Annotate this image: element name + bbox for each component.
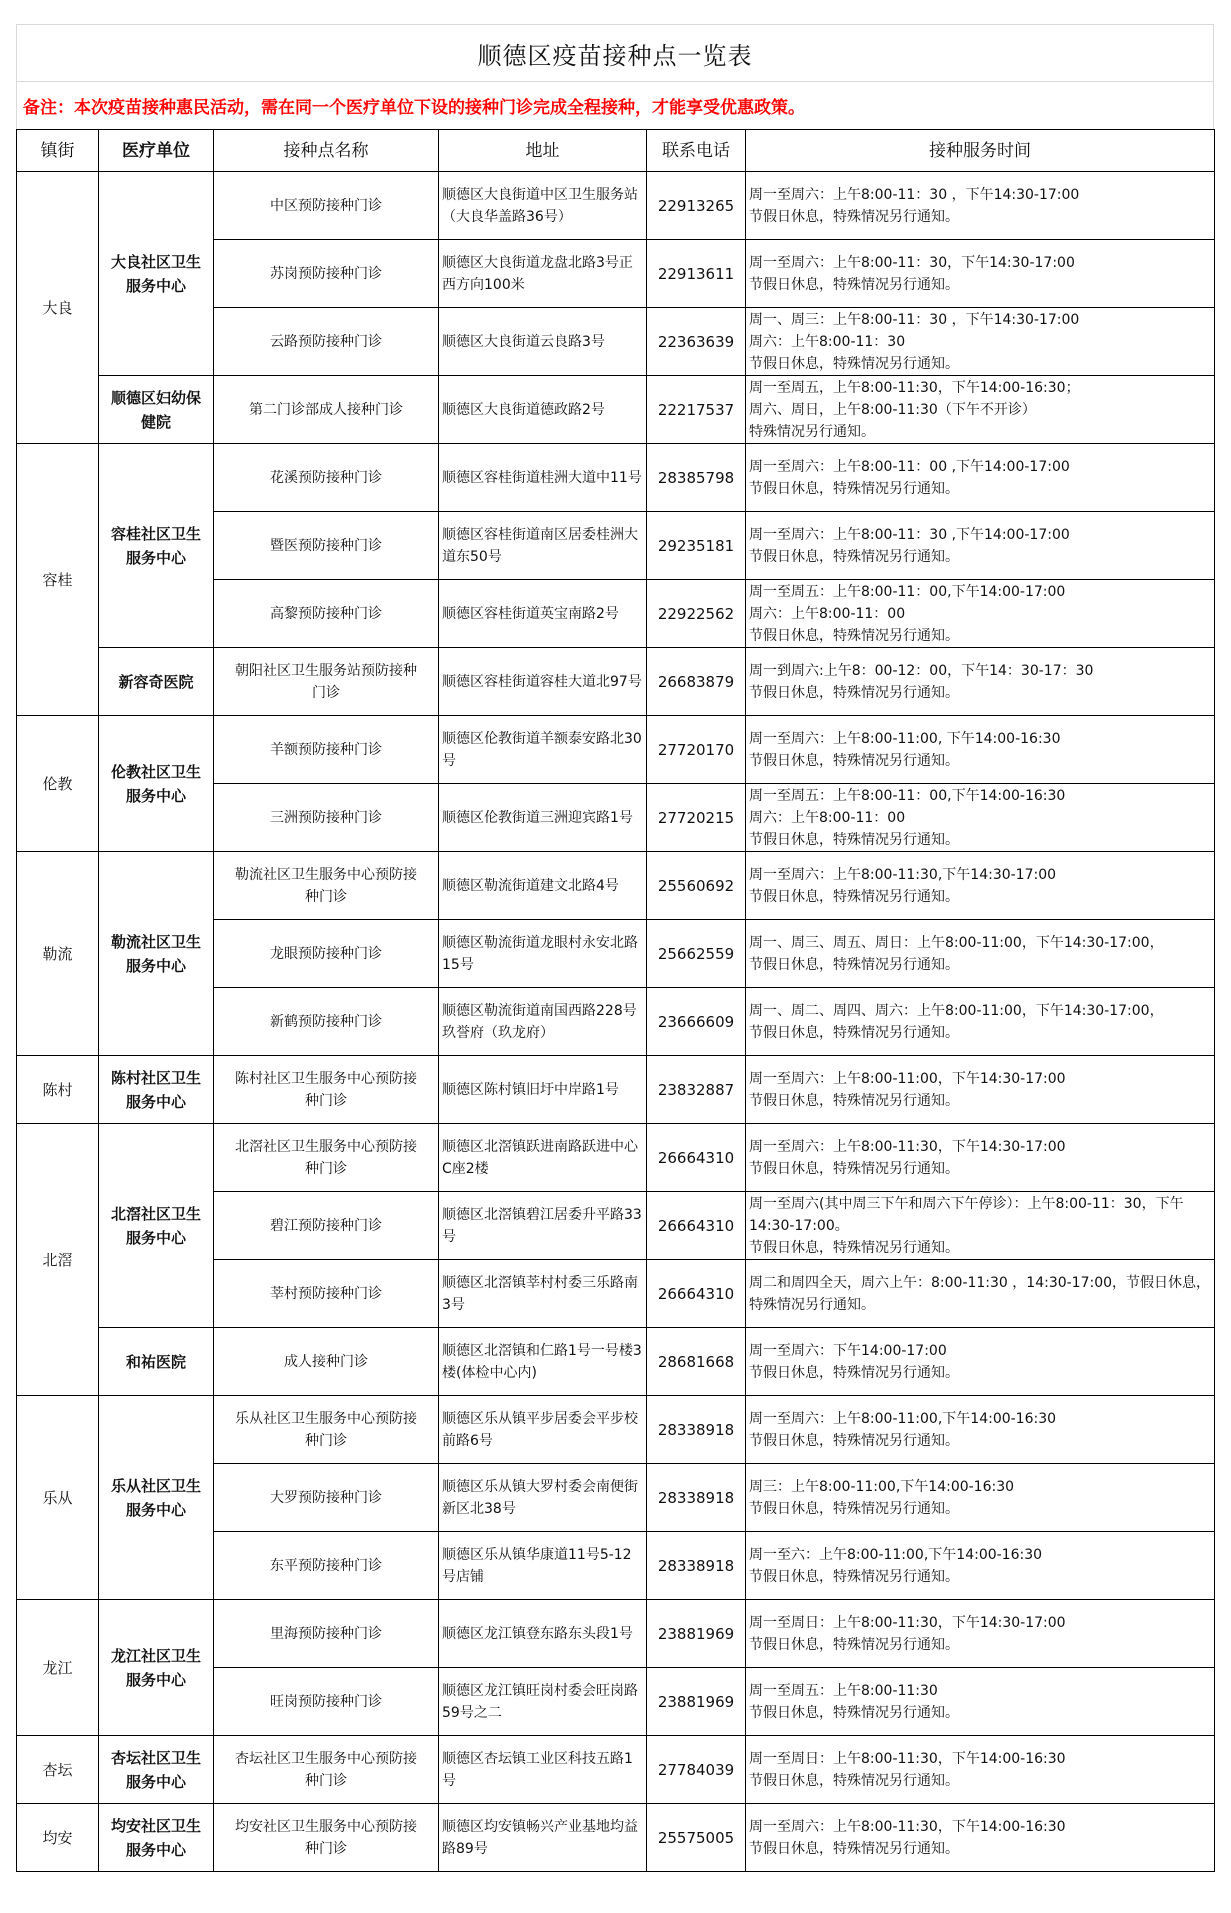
table-header-row: 镇街 医疗单位 接种点名称 地址 联系电话 接种服务时间	[17, 130, 1215, 172]
phone-cell: 27784039	[647, 1736, 746, 1804]
hours-cell: 周一至周六(其中周三下午和周六下午停诊）：上午8:00-11：30，下午14:3…	[746, 1192, 1215, 1260]
address-cell: 顺德区均安镇畅兴产业基地均益路89号	[439, 1804, 647, 1872]
address-cell: 顺德区大良街道德政路2号	[439, 376, 647, 444]
site-cell: 第二门诊部成人接种门诊	[214, 376, 439, 444]
site-cell: 花溪预防接种门诊	[214, 444, 439, 512]
hours-cell: 周一至周五：上午8:00-11：00,下午14:00-16:30 周六：上午8:…	[746, 784, 1215, 852]
phone-cell: 23881969	[647, 1600, 746, 1668]
table-row: 新容奇医院 朝阳社区卫生服务站预防接种门诊 顺德区容桂街道容桂大道北97号 26…	[17, 648, 1215, 716]
town-cell: 勒流	[17, 852, 99, 1056]
table-row: 杏坛 杏坛社区卫生服务中心 杏坛社区卫生服务中心预防接种门诊 顺德区杏坛镇工业区…	[17, 1736, 1215, 1804]
address-cell: 顺德区北滘镇莘村村委三乐路南3号	[439, 1260, 647, 1328]
phone-cell: 22913611	[647, 240, 746, 308]
address-cell: 顺德区勒流街道龙眼村永安北路15号	[439, 920, 647, 988]
address-cell: 顺德区勒流街道建文北路4号	[439, 852, 647, 920]
address-cell: 顺德区北滘镇跃进南路跃进中心C座2楼	[439, 1124, 647, 1192]
hours-cell: 周一至周六：上午8:00-11：00 ,下午14:00-17:00 节假日休息，…	[746, 444, 1215, 512]
table-row: 陈村 陈村社区卫生服务中心 陈村社区卫生服务中心预防接种门诊 顺德区陈村镇旧圩中…	[17, 1056, 1215, 1124]
hours-cell: 周一至周六：上午8:00-11:00, 下午14:00-16:30 节假日休息，…	[746, 716, 1215, 784]
site-cell: 大罗预防接种门诊	[214, 1464, 439, 1532]
phone-cell: 28338918	[647, 1396, 746, 1464]
hours-cell: 周一至周五：上午8:00-11：00,下午14:00-17:00 周六：上午8:…	[746, 580, 1215, 648]
table-row: 容桂 容桂社区卫生服务中心 花溪预防接种门诊 顺德区容桂街道桂洲大道中11号 2…	[17, 444, 1215, 512]
town-cell: 容桂	[17, 444, 99, 716]
hours-cell: 周一至周六：上午8:00-11：30，下午14:30-17:00 节假日休息，特…	[746, 240, 1215, 308]
phone-cell: 29235181	[647, 512, 746, 580]
phone-cell: 27720170	[647, 716, 746, 784]
hours-cell: 周一至周五：上午8:00-11:30 节假日休息，特殊情况另行通知。	[746, 1668, 1215, 1736]
unit-cell: 和祐医院	[99, 1328, 214, 1396]
address-cell: 顺德区龙江镇旺岗村委会旺岗路59号之二	[439, 1668, 647, 1736]
phone-cell: 28385798	[647, 444, 746, 512]
hours-cell: 周一至周六：上午8:00-11：30 ，下午14:30-17:00 节假日休息，…	[746, 172, 1215, 240]
phone-cell: 22363639	[647, 308, 746, 376]
address-cell: 顺德区伦教街道三洲迎宾路1号	[439, 784, 647, 852]
phone-cell: 22913265	[647, 172, 746, 240]
phone-cell: 26664310	[647, 1124, 746, 1192]
unit-cell: 新容奇医院	[99, 648, 214, 716]
note-banner: 备注：本次疫苗接种惠民活动，需在同一个医疗单位下设的接种门诊完成全程接种，才能享…	[16, 81, 1214, 129]
site-cell: 北滘社区卫生服务中心预防接种门诊	[214, 1124, 439, 1192]
table-row: 均安 均安社区卫生服务中心 均安社区卫生服务中心预防接种门诊 顺德区均安镇畅兴产…	[17, 1804, 1215, 1872]
site-cell: 新鹤预防接种门诊	[214, 988, 439, 1056]
hours-cell: 周一到周六:上午8：00-12：00，下午14：30-17：30 节假日休息，特…	[746, 648, 1215, 716]
phone-cell: 22922562	[647, 580, 746, 648]
table-row: 和祐医院 成人接种门诊 顺德区北滘镇和仁路1号一号楼3楼(体检中心内) 2868…	[17, 1328, 1215, 1396]
site-cell: 均安社区卫生服务中心预防接种门诊	[214, 1804, 439, 1872]
unit-cell: 乐从社区卫生服务中心	[99, 1396, 214, 1600]
town-cell: 杏坛	[17, 1736, 99, 1804]
town-cell: 乐从	[17, 1396, 99, 1600]
town-cell: 伦教	[17, 716, 99, 852]
vaccination-sites-table: 镇街 医疗单位 接种点名称 地址 联系电话 接种服务时间 大良 大良社区卫生服务…	[16, 129, 1215, 1872]
site-cell: 莘村预防接种门诊	[214, 1260, 439, 1328]
site-cell: 杏坛社区卫生服务中心预防接种门诊	[214, 1736, 439, 1804]
phone-cell: 23881969	[647, 1668, 746, 1736]
phone-cell: 23666609	[647, 988, 746, 1056]
town-cell: 北滘	[17, 1124, 99, 1396]
table-row: 北滘 北滘社区卫生服务中心 北滘社区卫生服务中心预防接种门诊 顺德区北滘镇跃进南…	[17, 1124, 1215, 1192]
unit-cell: 勒流社区卫生服务中心	[99, 852, 214, 1056]
unit-cell: 杏坛社区卫生服务中心	[99, 1736, 214, 1804]
site-cell: 云路预防接种门诊	[214, 308, 439, 376]
table-row: 顺德区妇幼保健院 第二门诊部成人接种门诊 顺德区大良街道德政路2号 222175…	[17, 376, 1215, 444]
address-cell: 顺德区陈村镇旧圩中岸路1号	[439, 1056, 647, 1124]
hours-cell: 周一至周六：上午8:00-11:00，下午14:30-17:00 节假日休息，特…	[746, 1056, 1215, 1124]
hours-cell: 周一至周六：上午8:00-11:30,下午14:30-17:00 节假日休息，特…	[746, 852, 1215, 920]
header-hours: 接种服务时间	[746, 130, 1215, 172]
town-cell: 均安	[17, 1804, 99, 1872]
header-phone: 联系电话	[647, 130, 746, 172]
site-cell: 碧江预防接种门诊	[214, 1192, 439, 1260]
hours-cell: 周三：上午8:00-11:00,下午14:00-16:30 节假日休息，特殊情况…	[746, 1464, 1215, 1532]
phone-cell: 25575005	[647, 1804, 746, 1872]
phone-cell: 25662559	[647, 920, 746, 988]
header-address: 地址	[439, 130, 647, 172]
site-cell: 苏岗预防接种门诊	[214, 240, 439, 308]
address-cell: 顺德区北滘镇和仁路1号一号楼3楼(体检中心内)	[439, 1328, 647, 1396]
phone-cell: 23832887	[647, 1056, 746, 1124]
address-cell: 顺德区乐从镇大罗村委会南便街新区北38号	[439, 1464, 647, 1532]
address-cell: 顺德区伦教街道羊额泰安路北30号	[439, 716, 647, 784]
table-row: 伦教 伦教社区卫生服务中心 羊额预防接种门诊 顺德区伦教街道羊额泰安路北30号 …	[17, 716, 1215, 784]
address-cell: 顺德区容桂街道英宝南路2号	[439, 580, 647, 648]
site-cell: 里海预防接种门诊	[214, 1600, 439, 1668]
phone-cell: 28681668	[647, 1328, 746, 1396]
unit-cell: 顺德区妇幼保健院	[99, 376, 214, 444]
hours-cell: 周一至周六：上午8:00-11:30，下午14:00-16:30 节假日休息，特…	[746, 1804, 1215, 1872]
address-cell: 顺德区勒流街道南国西路228号玖誉府（玖龙府）	[439, 988, 647, 1056]
address-cell: 顺德区大良街道龙盘北路3号正西方向100米	[439, 240, 647, 308]
address-cell: 顺德区容桂街道南区居委桂洲大道东50号	[439, 512, 647, 580]
unit-cell: 大良社区卫生服务中心	[99, 172, 214, 376]
site-cell: 旺岗预防接种门诊	[214, 1668, 439, 1736]
address-cell: 顺德区容桂街道容桂大道北97号	[439, 648, 647, 716]
phone-cell: 22217537	[647, 376, 746, 444]
hours-cell: 周一至周五，上午8:00-11:30，下午14:00-16:30； 周六、周日，…	[746, 376, 1215, 444]
header-unit: 医疗单位	[99, 130, 214, 172]
header-site: 接种点名称	[214, 130, 439, 172]
phone-cell: 26664310	[647, 1192, 746, 1260]
phone-cell: 26664310	[647, 1260, 746, 1328]
address-cell: 顺德区乐从镇华康道11号5-12号店铺	[439, 1532, 647, 1600]
site-cell: 高黎预防接种门诊	[214, 580, 439, 648]
site-cell: 陈村社区卫生服务中心预防接种门诊	[214, 1056, 439, 1124]
phone-cell: 25560692	[647, 852, 746, 920]
table-row: 乐从 乐从社区卫生服务中心 乐从社区卫生服务中心预防接种门诊 顺德区乐从镇平步居…	[17, 1396, 1215, 1464]
unit-cell: 伦教社区卫生服务中心	[99, 716, 214, 852]
phone-cell: 28338918	[647, 1464, 746, 1532]
phone-cell: 26683879	[647, 648, 746, 716]
hours-cell: 周一、周二、周四、周六：上午8:00-11:00，下午14:30-17:00， …	[746, 988, 1215, 1056]
address-cell: 顺德区容桂街道桂洲大道中11号	[439, 444, 647, 512]
site-cell: 龙眼预防接种门诊	[214, 920, 439, 988]
site-cell: 三洲预防接种门诊	[214, 784, 439, 852]
unit-cell: 容桂社区卫生服务中心	[99, 444, 214, 648]
address-cell: 顺德区龙江镇登东路东头段1号	[439, 1600, 647, 1668]
town-cell: 大良	[17, 172, 99, 444]
hours-cell: 周一至周六：上午8:00-11:00,下午14:00-16:30 节假日休息，特…	[746, 1396, 1215, 1464]
town-cell: 龙江	[17, 1600, 99, 1736]
hours-cell: 周一、周三：上午8:00-11：30 ，下午14:30-17:00 周六：上午8…	[746, 308, 1215, 376]
header-town: 镇街	[17, 130, 99, 172]
table-row: 勒流 勒流社区卫生服务中心 勒流社区卫生服务中心预防接种门诊 顺德区勒流街道建文…	[17, 852, 1215, 920]
page-title: 顺德区疫苗接种点一览表	[16, 24, 1214, 81]
hours-cell: 周一至周日：上午8:00-11:30，下午14:00-16:30 节假日休息，特…	[746, 1736, 1215, 1804]
hours-cell: 周一至周日：上午8:00-11:30，下午14:30-17:00 节假日休息，特…	[746, 1600, 1215, 1668]
table-row: 龙江 龙江社区卫生服务中心 里海预防接种门诊 顺德区龙江镇登东路东头段1号 23…	[17, 1600, 1215, 1668]
hours-cell: 周一至六：上午8:00-11:00,下午14:00-16:30 节假日休息，特殊…	[746, 1532, 1215, 1600]
hours-cell: 周一、周三、周五、周日：上午8:00-11:00，下午14:30-17:00， …	[746, 920, 1215, 988]
site-cell: 羊额预防接种门诊	[214, 716, 439, 784]
site-cell: 成人接种门诊	[214, 1328, 439, 1396]
table-row: 大良 大良社区卫生服务中心 中区预防接种门诊 顺德区大良街道中区卫生服务站（大良…	[17, 172, 1215, 240]
phone-cell: 28338918	[647, 1532, 746, 1600]
address-cell: 顺德区杏坛镇工业区科技五路1号	[439, 1736, 647, 1804]
hours-cell: 周二和周四全天，周六上午：8:00-11:30 ，14:30-17:00，节假日…	[746, 1260, 1215, 1328]
site-cell: 中区预防接种门诊	[214, 172, 439, 240]
address-cell: 顺德区北滘镇碧江居委升平路33号	[439, 1192, 647, 1260]
address-cell: 顺德区乐从镇平步居委会平步校前路6号	[439, 1396, 647, 1464]
unit-cell: 陈村社区卫生服务中心	[99, 1056, 214, 1124]
site-cell: 勒流社区卫生服务中心预防接种门诊	[214, 852, 439, 920]
site-cell: 暨医预防接种门诊	[214, 512, 439, 580]
unit-cell: 北滘社区卫生服务中心	[99, 1124, 214, 1328]
site-cell: 乐从社区卫生服务中心预防接种门诊	[214, 1396, 439, 1464]
address-cell: 顺德区大良街道中区卫生服务站（大良华盖路36号）	[439, 172, 647, 240]
town-cell: 陈村	[17, 1056, 99, 1124]
hours-cell: 周一至周六：上午8:00-11:30，下午14:30-17:00 节假日休息，特…	[746, 1124, 1215, 1192]
unit-cell: 均安社区卫生服务中心	[99, 1804, 214, 1872]
hours-cell: 周一至周六：上午8:00-11：30 ,下午14:00-17:00 节假日休息，…	[746, 512, 1215, 580]
site-cell: 东平预防接种门诊	[214, 1532, 439, 1600]
site-cell: 朝阳社区卫生服务站预防接种门诊	[214, 648, 439, 716]
hours-cell: 周一至周六：下午14:00-17:00 节假日休息，特殊情况另行通知。	[746, 1328, 1215, 1396]
address-cell: 顺德区大良街道云良路3号	[439, 308, 647, 376]
unit-cell: 龙江社区卫生服务中心	[99, 1600, 214, 1736]
vaccination-sites-sheet: 顺德区疫苗接种点一览表 备注：本次疫苗接种惠民活动，需在同一个医疗单位下设的接种…	[16, 24, 1214, 1872]
phone-cell: 27720215	[647, 784, 746, 852]
